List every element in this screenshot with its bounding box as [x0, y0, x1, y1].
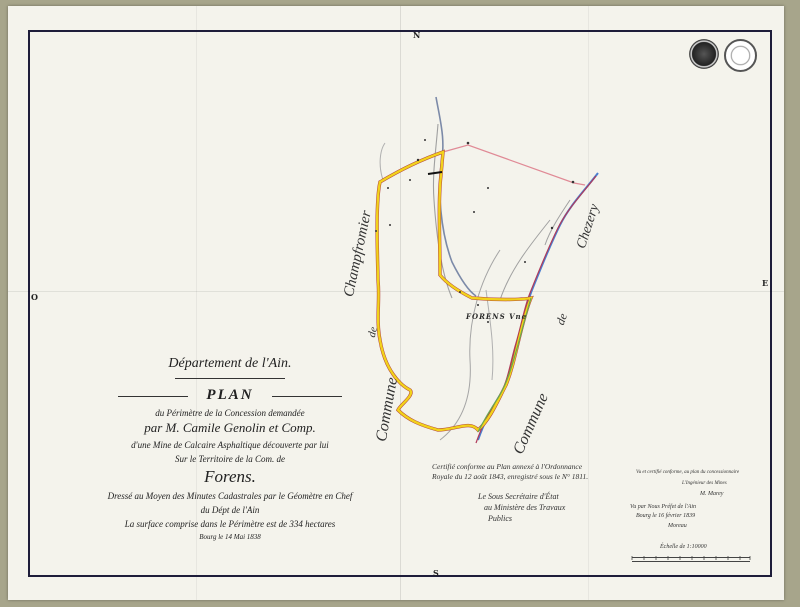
road-path	[500, 220, 550, 300]
compass-south: S	[433, 568, 439, 578]
secretary-line-3: Publics	[488, 514, 512, 525]
title-date: Bourg le 14 Mai 1838	[80, 533, 380, 541]
title-line-1: du Périmètre de la Concession demandée	[80, 408, 380, 418]
village-name: FORENS	[466, 312, 506, 321]
concession-boundary-line	[443, 145, 585, 185]
department-title: Département de l'Ain.	[80, 356, 380, 372]
village-label-forens: FORENS Vne	[466, 312, 527, 321]
secretary-line-2: au Ministère des Travaux	[484, 503, 565, 514]
road-path	[545, 200, 570, 245]
engineer-signature: M. Marey	[700, 490, 723, 498]
secretary-line-1: Le Sous Secrétaire d'État	[478, 492, 559, 503]
title-line-6: du Dépt de l'Ain	[80, 505, 380, 515]
title-line-5: Dressé au Moyen des Minutes Cadastrales …	[80, 491, 380, 501]
archive-stamp-black	[689, 39, 719, 69]
engineer-line-2: L'Ingénieur des Mines	[682, 481, 727, 488]
scale-bar	[632, 557, 750, 562]
engineer-line-1: Vu et certifié conforme, au plan du conc…	[636, 470, 739, 477]
compass-east: E	[762, 278, 768, 288]
scale-label: Échelle de 1:10000	[660, 543, 707, 551]
title-line-7: La surface comprise dans le Périmètre es…	[80, 519, 380, 529]
road-path	[380, 143, 385, 180]
label-de-west: de	[366, 326, 380, 339]
title-line-2: par M. Camile Genolin et Comp.	[80, 420, 380, 436]
archive-stamp-arms	[724, 39, 757, 72]
prefect-signature: Moreau	[668, 522, 687, 530]
compass-west: O	[31, 292, 38, 302]
compass-north: N	[413, 30, 420, 40]
prefect-line-2: Bourg le 16 février 1839	[636, 512, 695, 520]
certification-note: Certifié conforme au Plan annexé à l'Ord…	[432, 462, 592, 482]
title-cartouche: Département de l'Ain. PLAN du Périmètre …	[80, 350, 380, 541]
plan-heading: PLAN	[80, 387, 380, 404]
village-suffix: Vne	[509, 312, 527, 321]
title-line-4: Sur le Territoire de la Com. de	[80, 454, 380, 464]
title-rule	[175, 378, 285, 379]
commune-name: Forens.	[80, 467, 380, 487]
prefect-line-1: Vu par Nous Préfet de l'Ain	[630, 503, 696, 511]
road-path	[486, 290, 493, 380]
title-line-3: d'une Mine de Calcaire Asphaltique décou…	[80, 440, 380, 450]
